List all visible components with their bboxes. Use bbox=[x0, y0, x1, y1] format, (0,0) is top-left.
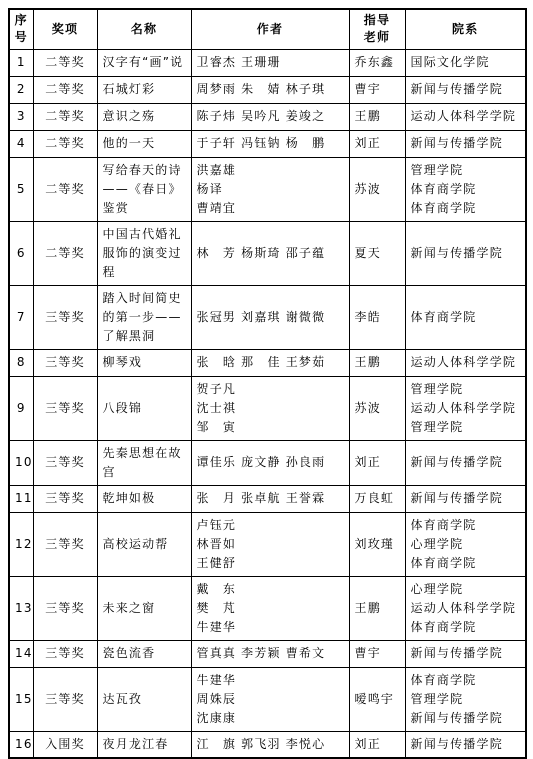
cell-advisor: 刘正 bbox=[349, 440, 405, 485]
cell-department: 新闻与传播学院 bbox=[405, 130, 526, 157]
cell-advisor: 王鹏 bbox=[349, 576, 405, 640]
cell-award: 二等奖 bbox=[33, 130, 97, 157]
cell-award: 二等奖 bbox=[33, 76, 97, 103]
cell-no: 6 bbox=[9, 221, 33, 285]
cell-authors: 戴 东 樊 芃 牛建华 bbox=[191, 576, 349, 640]
table-row: 10三等奖先秦思想在故 宫谭佳乐 庞文静 孙良雨刘正新闻与传播学院 bbox=[9, 440, 526, 485]
awards-table: 序 号 奖项 名称 作者 指导 老师 院系 1二等奖汉字有“画”说卫睿杰 王珊珊… bbox=[8, 8, 527, 759]
cell-department: 体育商学院 心理学院 体育商学院 bbox=[405, 512, 526, 576]
cell-award: 二等奖 bbox=[33, 157, 97, 221]
cell-department: 体育商学院 管理学院 新闻与传播学院 bbox=[405, 667, 526, 731]
cell-no: 13 bbox=[9, 576, 33, 640]
header-department: 院系 bbox=[405, 9, 526, 49]
table-body: 1二等奖汉字有“画”说卫睿杰 王珊珊乔东鑫国际文化学院2二等奖石城灯彩周梦雨 朱… bbox=[9, 49, 526, 758]
cell-department: 体育商学院 bbox=[405, 285, 526, 349]
cell-title: 乾坤如极 bbox=[97, 485, 191, 512]
table-row: 7三等奖踏入时间简史 的第一步—— 了解黑洞张冠男 刘嘉琪 谢微微李皓体育商学院 bbox=[9, 285, 526, 349]
cell-advisor: 乔东鑫 bbox=[349, 49, 405, 76]
cell-no: 7 bbox=[9, 285, 33, 349]
cell-authors: 谭佳乐 庞文静 孙良雨 bbox=[191, 440, 349, 485]
cell-authors: 于子轩 冯钰钠 杨 鹏 bbox=[191, 130, 349, 157]
cell-award: 三等奖 bbox=[33, 349, 97, 376]
cell-authors: 张冠男 刘嘉琪 谢微微 bbox=[191, 285, 349, 349]
cell-award: 三等奖 bbox=[33, 485, 97, 512]
cell-award: 三等奖 bbox=[33, 576, 97, 640]
cell-award: 三等奖 bbox=[33, 667, 97, 731]
cell-advisor: 曹宇 bbox=[349, 640, 405, 667]
table-row: 3二等奖意识之殇陈子炜 吴吟凡 姜竣之王鹏运动人体科学学院 bbox=[9, 103, 526, 130]
cell-department: 新闻与传播学院 bbox=[405, 440, 526, 485]
cell-advisor: 嗳鸣宇 bbox=[349, 667, 405, 731]
table-row: 9三等奖八段锦贺子凡 沈士祺 邹 寅苏波管理学院 运动人体科学学院 管理学院 bbox=[9, 376, 526, 440]
cell-award: 二等奖 bbox=[33, 49, 97, 76]
cell-title: 汉字有“画”说 bbox=[97, 49, 191, 76]
cell-authors: 张 月 张卓航 王誉霖 bbox=[191, 485, 349, 512]
cell-award: 三等奖 bbox=[33, 440, 97, 485]
cell-authors: 贺子凡 沈士祺 邹 寅 bbox=[191, 376, 349, 440]
cell-advisor: 王鹏 bbox=[349, 103, 405, 130]
cell-title: 写给春天的诗 ——《春日》 鉴赏 bbox=[97, 157, 191, 221]
cell-award: 三等奖 bbox=[33, 285, 97, 349]
cell-department: 管理学院 体育商学院 体育商学院 bbox=[405, 157, 526, 221]
cell-title: 八段锦 bbox=[97, 376, 191, 440]
cell-no: 4 bbox=[9, 130, 33, 157]
cell-title: 未来之窗 bbox=[97, 576, 191, 640]
cell-advisor: 苏波 bbox=[349, 376, 405, 440]
cell-award: 三等奖 bbox=[33, 512, 97, 576]
cell-authors: 卢钰元 林晋如 王健舒 bbox=[191, 512, 349, 576]
cell-no: 1 bbox=[9, 49, 33, 76]
cell-department: 新闻与传播学院 bbox=[405, 640, 526, 667]
cell-award: 二等奖 bbox=[33, 103, 97, 130]
header-title: 名称 bbox=[97, 9, 191, 49]
cell-no: 11 bbox=[9, 485, 33, 512]
table-row: 13三等奖未来之窗戴 东 樊 芃 牛建华王鹏心理学院 运动人体科学学院 体育商学… bbox=[9, 576, 526, 640]
cell-department: 运动人体科学学院 bbox=[405, 103, 526, 130]
cell-advisor: 李皓 bbox=[349, 285, 405, 349]
table-row: 12三等奖高校运动帮卢钰元 林晋如 王健舒刘玫瑾体育商学院 心理学院 体育商学院 bbox=[9, 512, 526, 576]
cell-title: 他的一天 bbox=[97, 130, 191, 157]
cell-authors: 洪嘉雄 杨译 曹靖宜 bbox=[191, 157, 349, 221]
header-award: 奖项 bbox=[33, 9, 97, 49]
cell-no: 8 bbox=[9, 349, 33, 376]
cell-authors: 陈子炜 吴吟凡 姜竣之 bbox=[191, 103, 349, 130]
cell-no: 5 bbox=[9, 157, 33, 221]
cell-advisor: 刘玫瑾 bbox=[349, 512, 405, 576]
table-row: 16入围奖夜月龙江春江 旗 郭飞羽 李悦心刘正新闻与传播学院 bbox=[9, 731, 526, 758]
document-page: 序 号 奖项 名称 作者 指导 老师 院系 1二等奖汉字有“画”说卫睿杰 王珊珊… bbox=[0, 0, 533, 757]
cell-department: 管理学院 运动人体科学学院 管理学院 bbox=[405, 376, 526, 440]
header-advisor: 指导 老师 bbox=[349, 9, 405, 49]
table-row: 4二等奖他的一天于子轩 冯钰钠 杨 鹏刘正新闻与传播学院 bbox=[9, 130, 526, 157]
cell-no: 10 bbox=[9, 440, 33, 485]
cell-no: 14 bbox=[9, 640, 33, 667]
cell-department: 心理学院 运动人体科学学院 体育商学院 bbox=[405, 576, 526, 640]
cell-award: 入围奖 bbox=[33, 731, 97, 758]
cell-no: 15 bbox=[9, 667, 33, 731]
cell-title: 达瓦孜 bbox=[97, 667, 191, 731]
cell-authors: 卫睿杰 王珊珊 bbox=[191, 49, 349, 76]
cell-no: 3 bbox=[9, 103, 33, 130]
cell-advisor: 夏天 bbox=[349, 221, 405, 285]
cell-authors: 林 芳 杨斯琦 邵子蕴 bbox=[191, 221, 349, 285]
cell-department: 新闻与传播学院 bbox=[405, 221, 526, 285]
cell-department: 新闻与传播学院 bbox=[405, 485, 526, 512]
table-row: 5二等奖写给春天的诗 ——《春日》 鉴赏洪嘉雄 杨译 曹靖宜苏波管理学院 体育商… bbox=[9, 157, 526, 221]
cell-title: 高校运动帮 bbox=[97, 512, 191, 576]
table-row: 1二等奖汉字有“画”说卫睿杰 王珊珊乔东鑫国际文化学院 bbox=[9, 49, 526, 76]
cell-advisor: 刘正 bbox=[349, 130, 405, 157]
cell-authors: 江 旗 郭飞羽 李悦心 bbox=[191, 731, 349, 758]
cell-award: 二等奖 bbox=[33, 221, 97, 285]
table-row: 14三等奖瓷色流香管真真 李芳颖 曹希文曹宇新闻与传播学院 bbox=[9, 640, 526, 667]
cell-title: 夜月龙江春 bbox=[97, 731, 191, 758]
cell-title: 意识之殇 bbox=[97, 103, 191, 130]
cell-advisor: 王鹏 bbox=[349, 349, 405, 376]
cell-no: 12 bbox=[9, 512, 33, 576]
table-row: 11三等奖乾坤如极张 月 张卓航 王誉霖万良虹新闻与传播学院 bbox=[9, 485, 526, 512]
table-row: 15三等奖达瓦孜牛建华 周姝辰 沈康康嗳鸣宇体育商学院 管理学院 新闻与传播学院 bbox=[9, 667, 526, 731]
header-row: 序 号 奖项 名称 作者 指导 老师 院系 bbox=[9, 9, 526, 49]
cell-no: 16 bbox=[9, 731, 33, 758]
cell-authors: 张 晗 那 佳 王梦茹 bbox=[191, 349, 349, 376]
header-authors: 作者 bbox=[191, 9, 349, 49]
cell-title: 石城灯彩 bbox=[97, 76, 191, 103]
cell-authors: 牛建华 周姝辰 沈康康 bbox=[191, 667, 349, 731]
table-row: 6二等奖中国古代婚礼 服饰的演变过 程林 芳 杨斯琦 邵子蕴夏天新闻与传播学院 bbox=[9, 221, 526, 285]
cell-advisor: 刘正 bbox=[349, 731, 405, 758]
cell-advisor: 曹宇 bbox=[349, 76, 405, 103]
cell-advisor: 苏波 bbox=[349, 157, 405, 221]
table-row: 8三等奖柳琴戏张 晗 那 佳 王梦茹王鹏运动人体科学学院 bbox=[9, 349, 526, 376]
cell-department: 新闻与传播学院 bbox=[405, 76, 526, 103]
cell-authors: 管真真 李芳颖 曹希文 bbox=[191, 640, 349, 667]
table-row: 2二等奖石城灯彩周梦雨 朱 婧 林子琪曹宇新闻与传播学院 bbox=[9, 76, 526, 103]
cell-title: 先秦思想在故 宫 bbox=[97, 440, 191, 485]
table-header: 序 号 奖项 名称 作者 指导 老师 院系 bbox=[9, 9, 526, 49]
cell-department: 国际文化学院 bbox=[405, 49, 526, 76]
cell-title: 中国古代婚礼 服饰的演变过 程 bbox=[97, 221, 191, 285]
cell-title: 踏入时间简史 的第一步—— 了解黑洞 bbox=[97, 285, 191, 349]
cell-title: 柳琴戏 bbox=[97, 349, 191, 376]
cell-department: 运动人体科学学院 bbox=[405, 349, 526, 376]
cell-no: 9 bbox=[9, 376, 33, 440]
cell-award: 三等奖 bbox=[33, 640, 97, 667]
header-serial-number: 序 号 bbox=[9, 9, 33, 49]
cell-advisor: 万良虹 bbox=[349, 485, 405, 512]
cell-title: 瓷色流香 bbox=[97, 640, 191, 667]
cell-department: 新闻与传播学院 bbox=[405, 731, 526, 758]
cell-no: 2 bbox=[9, 76, 33, 103]
cell-authors: 周梦雨 朱 婧 林子琪 bbox=[191, 76, 349, 103]
cell-award: 三等奖 bbox=[33, 376, 97, 440]
